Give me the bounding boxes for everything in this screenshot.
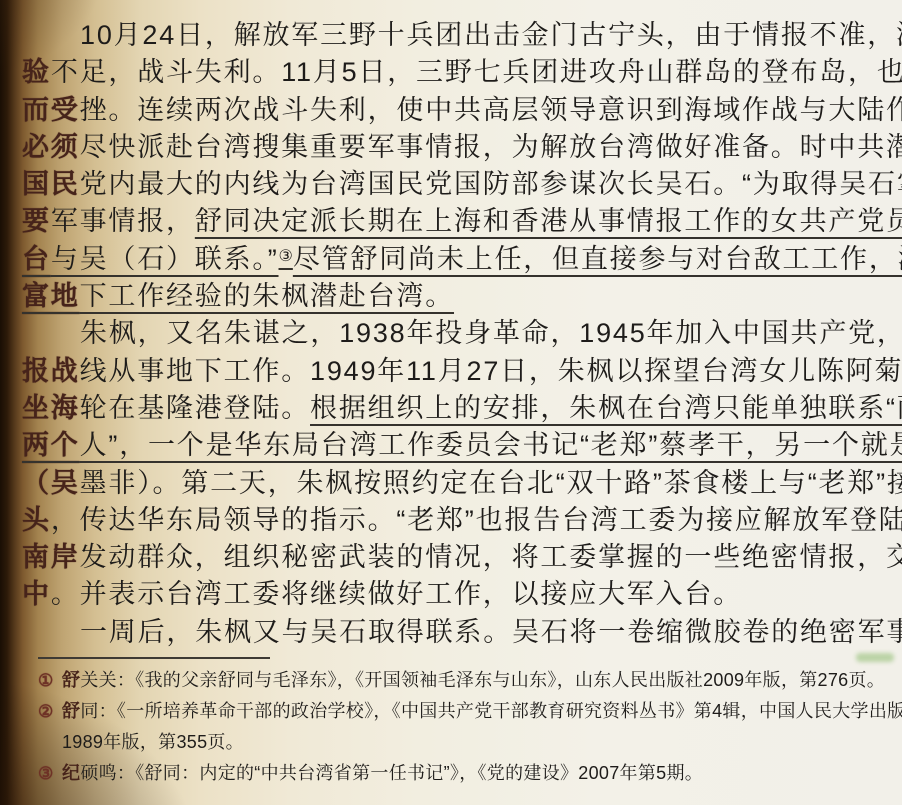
- footnote-item: ③纪硕鸣：《舒同：内定的“中共台湾省第一任书记”》，《党的建设》2007年第5期…: [38, 758, 890, 789]
- body-text-segment: 尽快派赴台湾搜集重要军事情报，为解放台湾做好准备。时中共潜伏在台湾: [80, 132, 902, 162]
- footnote-text: 纪硕鸣：《舒同：内定的“中共台湾省第一任书记”》，《党的建设》2007年第5期。: [62, 758, 890, 789]
- body-line-p2: 头，传达华东局领导的指示。“老郑”也报告台湾工委为接应解放军登陆，在西: [22, 498, 894, 535]
- body-line-p1: 富地下工作经验的朱枫潜赴台湾。: [22, 274, 894, 311]
- body-text-segment: 必须: [22, 132, 80, 162]
- body-text-segment: 朱枫，又名朱谌之，1938年投身革命，1945年加入中国共产党，后来调到情: [80, 318, 902, 348]
- footnote-item: ②舒同：《一所培养革命干部的政治学校》，《中国共产党干部教育研究资料丛书》第4辑…: [38, 696, 890, 758]
- footnote-item: ①舒关关：《我的父亲舒同与毛泽东》，《开国领袖毛泽东与山东》，山东人民出版社20…: [38, 665, 890, 696]
- body-text-segment: 发动群众，组织秘密武装的情况，将工委掌握的一些绝密情报，交到朱枫手: [80, 542, 902, 572]
- body-text-segment: 坐海: [22, 393, 80, 423]
- body-line-p1: 要军事情报，舒同决定派长期在上海和香港从事情报工作的女共产党员朱谌之赴: [22, 199, 894, 236]
- footnote-ref-mark: ③: [279, 248, 293, 265]
- body-text-segment: 10月24日，解放军三野十兵团出击金门古宁头，由于情报不准，渡海战斗经: [80, 20, 902, 50]
- body-text-segment: 要: [22, 206, 51, 236]
- body-line-p2: 报战线从事地下工作。1949年11月27日，朱枫以探望台湾女儿陈阿菊的名义，乘: [22, 349, 894, 386]
- footnote-marker: ①: [38, 665, 62, 696]
- underlined-text: 人”，一个是华东局台湾工作委员会书记“老郑”蔡孝干，另一个就是吴石: [80, 430, 902, 460]
- body-line-p2: 两个人”，一个是华东局台湾工作委员会书记“老郑”蔡孝干，另一个就是吴石: [22, 423, 894, 460]
- underlined-text: 舒同决定派长期在上海和香港从事情报工作的女共产党员朱谌之赴: [195, 206, 902, 236]
- body-line-p2: 朱枫，又名朱谌之，1938年投身革命，1945年加入中国共产党，后来调到情: [22, 311, 894, 348]
- body-text-segment: 线从事地下工作。1949年11月27日，朱枫以探望台湾女儿陈阿菊的名义，乘: [80, 356, 902, 386]
- underlined-text: 台: [22, 244, 51, 274]
- body-text-segment: 而受: [22, 95, 80, 125]
- body-line-p2: （吴墨非）。第二天，朱枫按照约定在台北“双十路”茶食楼上与“老郑”接上: [22, 461, 894, 498]
- body-line-p1: 台与吴（石）联系。”③尽管舒同尚未上任，但直接参与对台敌工工作，派遣有着丰: [22, 237, 894, 274]
- body-line-p1: 必须尽快派赴台湾搜集重要军事情报，为解放台湾做好准备。时中共潜伏在台湾: [22, 125, 894, 162]
- body-text-segment: 党内最大的内线为台湾国民党国防部参谋次长吴石。“为取得吴石掌握的重: [80, 169, 902, 199]
- body-text-segment: 不足，战斗失利。11月5日，三野七兵团进攻舟山群岛的登布岛，也因情报不准: [51, 57, 902, 87]
- body-line-p1: 验不足，战斗失利。11月5日，三野七兵团进攻舟山群岛的登布岛，也因情报不准: [22, 50, 894, 87]
- body-text-segment: 验: [22, 57, 51, 87]
- underlined-text: 两个: [22, 430, 80, 460]
- body-text-segment: 国民: [22, 169, 80, 199]
- body-line-p2: 坐海轮在基隆港登陆。根据组织上的安排，朱枫在台湾只能单独联系“两条线，: [22, 386, 894, 423]
- scanned-book-page: 10月24日，解放军三野十兵团出击金门古宁头，由于情报不准，渡海战斗经验不足，战…: [0, 0, 902, 805]
- body-line-p3: 一周后，朱枫又与吴石取得联系。吴石将一卷缩微胶卷的绝密军事情报交给: [22, 610, 894, 647]
- underlined-text: 尽管舒同尚未上任，但直接参与对台敌工工作，派遣有着丰: [293, 244, 902, 274]
- footnote-list: ①舒关关：《我的父亲舒同与毛泽东》，《开国领袖毛泽东与山东》，山东人民出版社20…: [38, 665, 890, 789]
- footnote-line: 舒关关：《我的父亲舒同与毛泽东》，《开国领袖毛泽东与山东》，山东人民出版社200…: [62, 665, 890, 696]
- scan-artifact: [856, 653, 894, 662]
- footnote-line: 纪硕鸣：《舒同：内定的“中共台湾省第一任书记”》，《党的建设》2007年第5期。: [62, 758, 890, 789]
- footnote-text: 舒同：《一所培养革命干部的政治学校》，《中国共产党干部教育研究资料丛书》第4辑，…: [62, 696, 902, 758]
- body-text-segment: 轮在基隆港登陆。: [80, 393, 310, 423]
- body-line-p1: 10月24日，解放军三野十兵团出击金门古宁头，由于情报不准，渡海战斗经: [22, 13, 894, 50]
- footnote-marker: ③: [38, 758, 62, 789]
- body-text-segment: ，传达华东局领导的指示。“老郑”也报告台湾工委为接应解放军登陆，在西: [51, 505, 902, 535]
- body-text-segment: 头: [22, 505, 51, 535]
- body-text-segment: （吴: [22, 468, 80, 498]
- underlined-text: 根据组织上的安排，朱枫在台湾只能单独联系“两条线，: [310, 393, 902, 423]
- footnote-marker: ②: [38, 696, 62, 727]
- underlined-text: 与吴（石）联系。”: [51, 244, 279, 274]
- body-text: 10月24日，解放军三野十兵团出击金门古宁头，由于情报不准，渡海战斗经验不足，战…: [22, 13, 894, 647]
- body-text-segment: 一周后，朱枫又与吴石取得联系。吴石将一卷缩微胶卷的绝密军事情报交给: [80, 617, 902, 647]
- body-text-segment: 南岸: [22, 542, 80, 572]
- body-text-segment: 墨非）。第二天，朱枫按照约定在台北“双十路”茶食楼上与“老郑”接上: [80, 468, 902, 498]
- footnote-line: 1989年版，第355页。: [62, 727, 902, 758]
- body-text-segment: 挫。连续两次战斗失利，使中共高层领导意识到海域作战与大陆作战不同，: [80, 95, 902, 125]
- footnote-section: ①舒关关：《我的父亲舒同与毛泽东》，《开国领袖毛泽东与山东》，山东人民出版社20…: [38, 645, 890, 789]
- body-text-segment: 报战: [22, 356, 80, 386]
- body-text-segment: 中: [22, 579, 51, 609]
- body-line-p1: 而受挫。连续两次战斗失利，使中共高层领导意识到海域作战与大陆作战不同，: [22, 88, 894, 125]
- underlined-text: 下工作经验的朱枫潜赴台湾。: [80, 281, 454, 311]
- body-text-segment: 军事情报，: [51, 206, 195, 236]
- footnote-line: 舒同：《一所培养革命干部的政治学校》，《中国共产党干部教育研究资料丛书》第4辑，…: [62, 696, 902, 727]
- footnote-text: 舒关关：《我的父亲舒同与毛泽东》，《开国领袖毛泽东与山东》，山东人民出版社200…: [62, 665, 890, 696]
- footnote-separator: [38, 657, 270, 659]
- underlined-text: 富地: [22, 281, 80, 311]
- body-line-p1: 国民党内最大的内线为台湾国民党国防部参谋次长吴石。“为取得吴石掌握的重: [22, 162, 894, 199]
- body-line-p2: 南岸发动群众，组织秘密武装的情况，将工委掌握的一些绝密情报，交到朱枫手: [22, 535, 894, 572]
- body-text-segment: 。并表示台湾工委将继续做好工作，以接应大军入台。: [51, 579, 742, 609]
- body-line-p2: 中。并表示台湾工委将继续做好工作，以接应大军入台。: [22, 572, 894, 609]
